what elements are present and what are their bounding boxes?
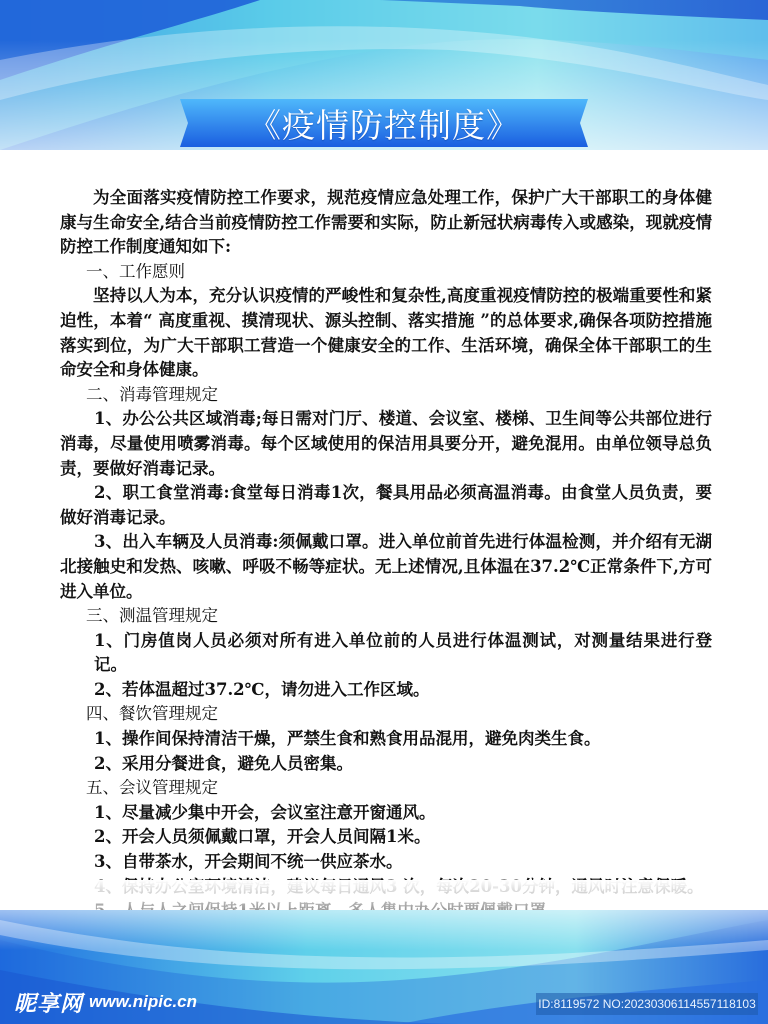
- list-item: 4、保持办公室环境清洁，建议每日通风3 次，每次20-30分钟，通风时注意保暖。: [60, 875, 712, 900]
- list-item: 1、操作间保持清洁干燥，严禁生食和熟食用品混用，避免肉类生食。: [60, 727, 712, 752]
- section-heading: 三、测温管理规定: [60, 604, 712, 629]
- list-item: 1、尽量减少集中开会，会议室注意开窗通风。: [60, 801, 712, 826]
- section-paragraph: 坚持以人为本，充分认识疫情的严峻性和复杂性,高度重视疫情防控的极端重要性和紧迫性…: [60, 284, 712, 382]
- intro-paragraph: 为全面落实疫情防控工作要求，规范疫情应急处理工作，保护广大干部职工的身体健康与生…: [60, 186, 712, 260]
- list-item: 2、开会人员须佩戴口罩，开会人员间隔1米。: [60, 825, 712, 850]
- list-item: 1、办公公共区域消毒;每日需对门厅、楼道、会议室、楼梯、卫生间等公共部位进行消毒…: [60, 407, 712, 481]
- list-item: 2、职工食堂消毒:食堂每日消毒1次，餐具用品必须高温消毒。由食堂人员负责，要做好…: [60, 481, 712, 530]
- section-heading: 四、餐饮管理规定: [60, 702, 712, 727]
- document-body: 为全面落实疫情防控工作要求，规范疫情应急处理工作，保护广大干部职工的身体健康与生…: [60, 186, 712, 924]
- watermark-logo: 昵享网 www.nipic.cn: [14, 989, 197, 1015]
- list-item: 3、自带茶水，开会期间不统一供应茶水。: [60, 850, 712, 875]
- section-heading: 一、工作愿则: [60, 260, 712, 285]
- logo-text: 昵享网: [14, 987, 83, 1018]
- logo-url: www.nipic.cn: [89, 992, 197, 1012]
- list-item: 2、若体温超过37.2℃，请勿进入工作区域。: [60, 678, 712, 703]
- list-item: 3、出入车辆及人员消毒:须佩戴口罩。进入单位前首先进行体温检测，并介绍有无湖北接…: [60, 530, 712, 604]
- section-heading: 二、消毒管理规定: [60, 383, 712, 408]
- list-item: 1、门房值岗人员必须对所有进入单位前的人员进行体温测试，对测量结果进行登记。: [60, 629, 712, 678]
- image-id-badge: ID:8119572 NO:20230306114557118103: [536, 993, 758, 1015]
- title-banner: 《疫情防控制度》: [180, 99, 588, 147]
- list-item: 2、采用分餐进食，避免人员密集。: [60, 752, 712, 777]
- section-heading: 五、会议管理规定: [60, 776, 712, 801]
- list-item: 5、人与人之间保持1米以上距离，多人集中办公时要佩戴口罩。: [60, 899, 712, 924]
- page-title: 《疫情防控制度》: [180, 99, 588, 147]
